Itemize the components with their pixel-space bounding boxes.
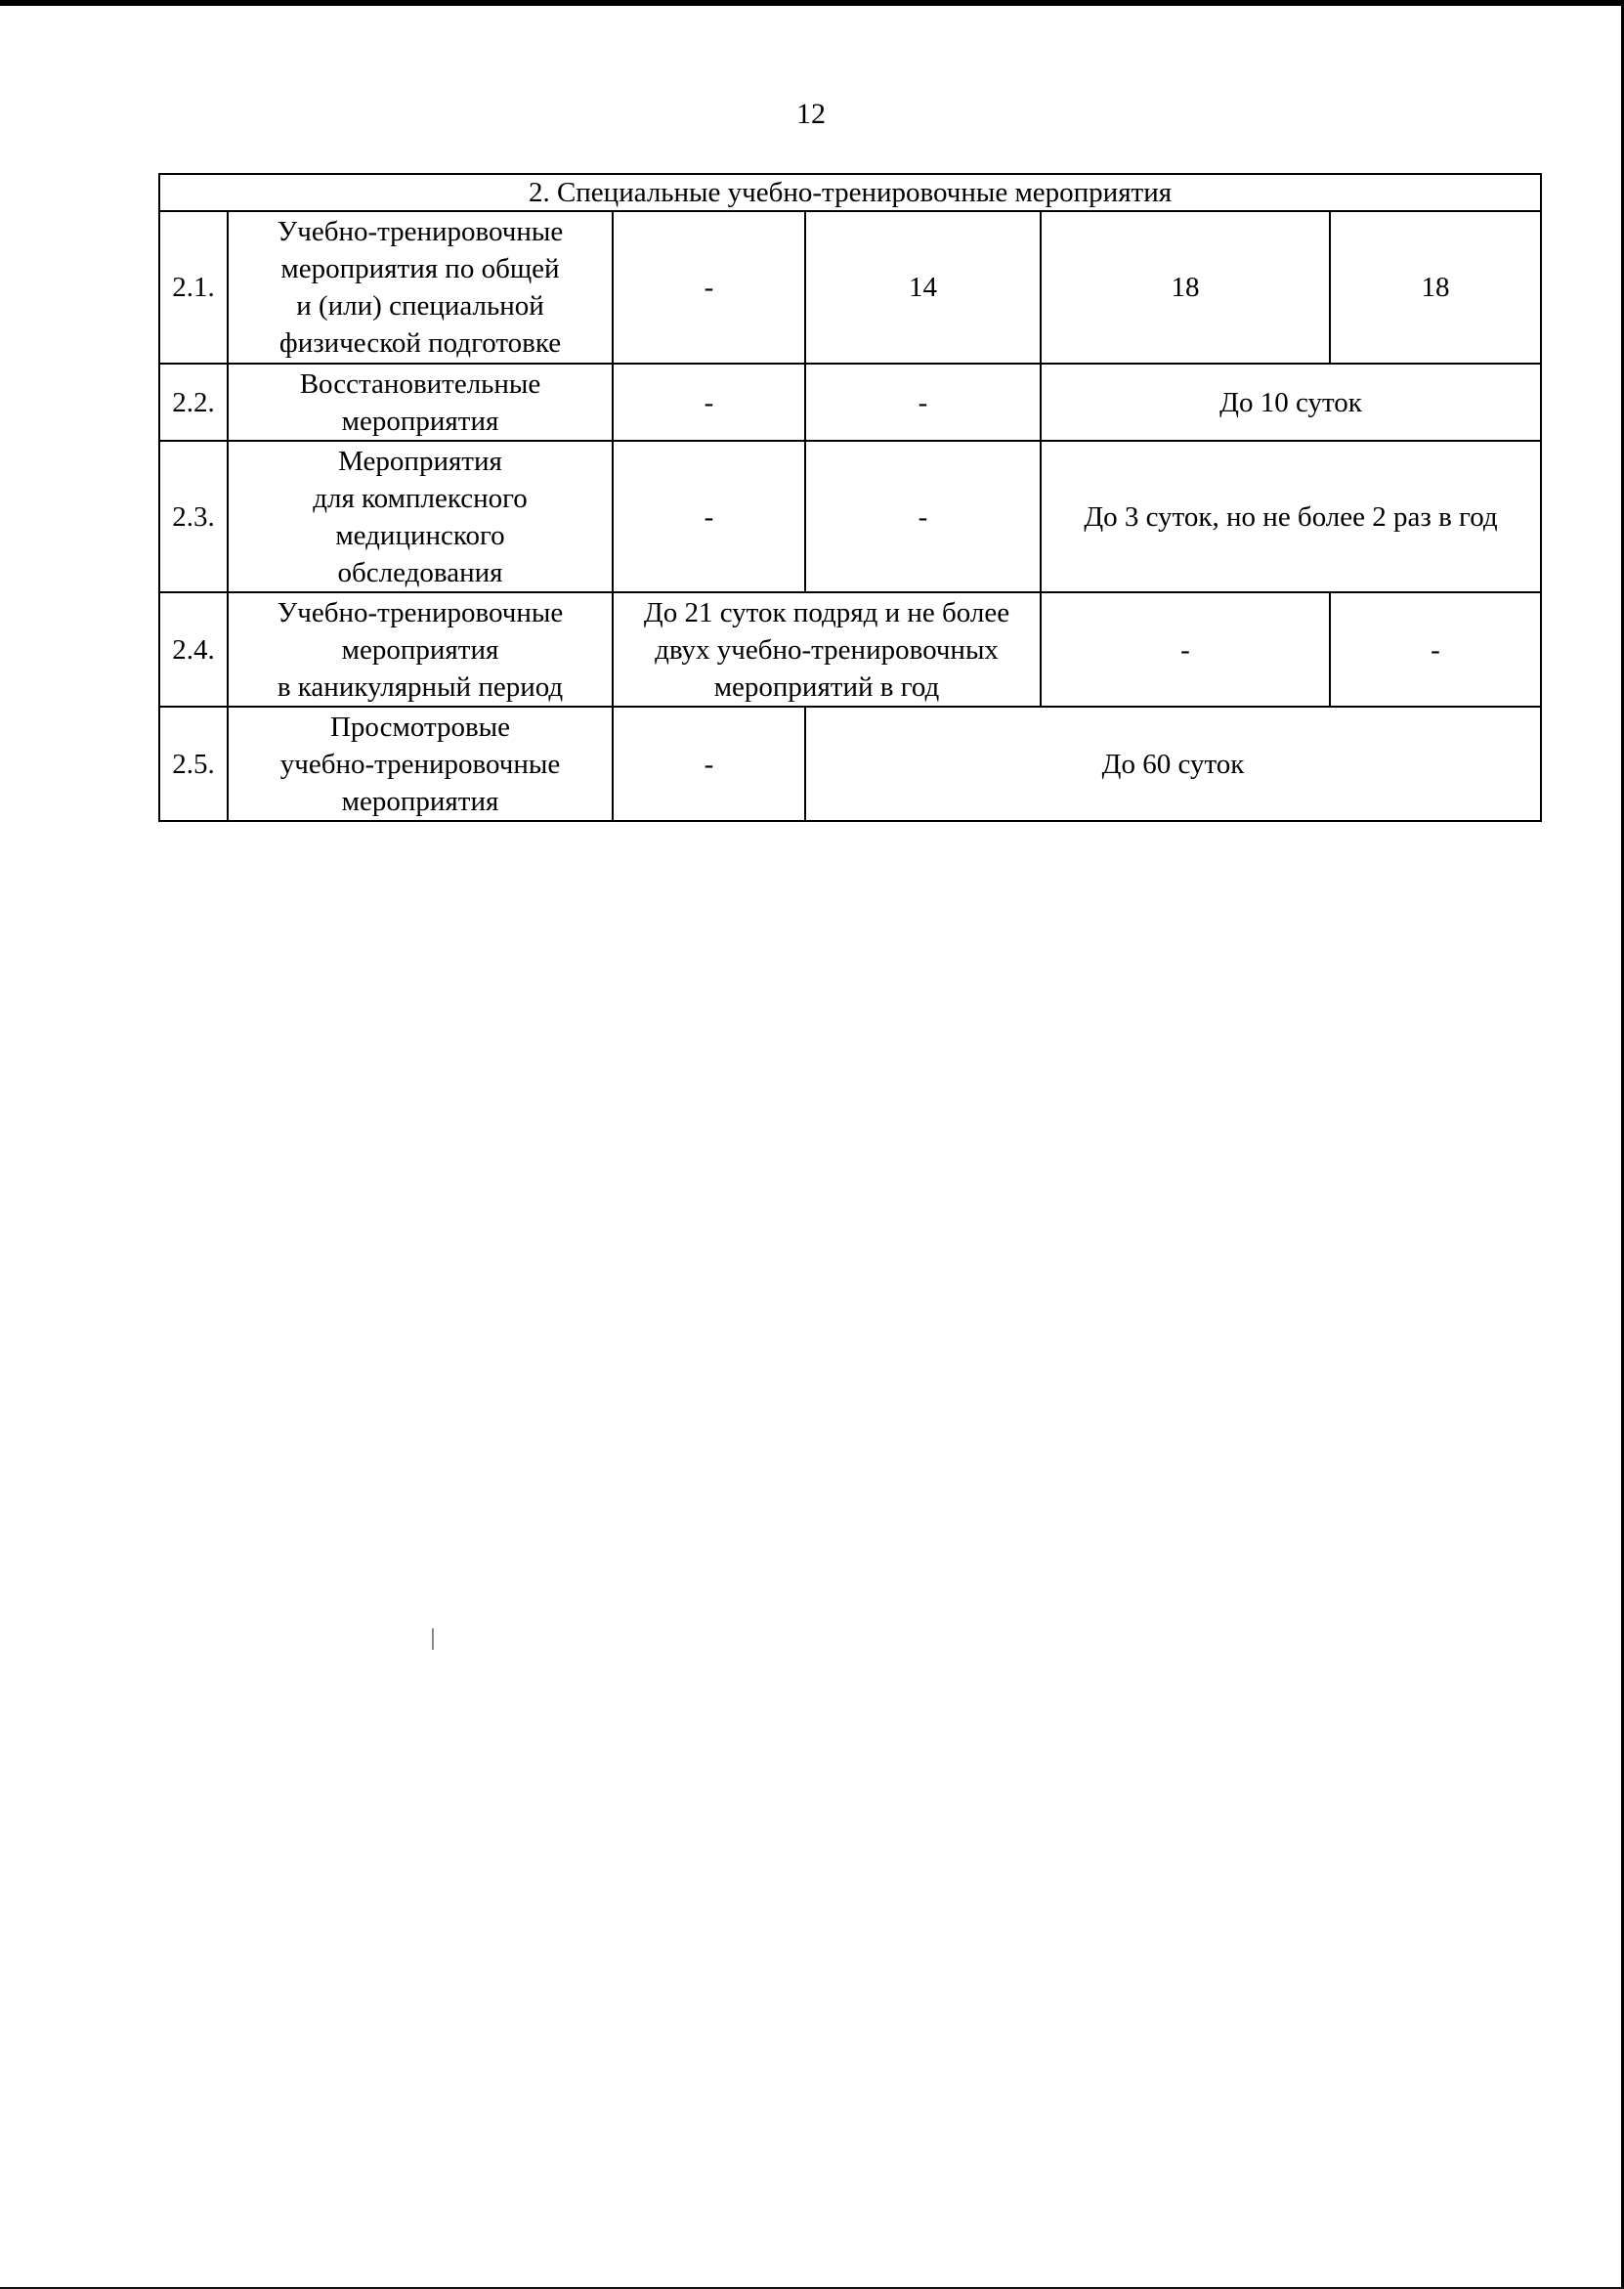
table-row: 2.5. Просмотровые учебно-тренировочные м…	[159, 707, 1541, 821]
value-cell-merged: До 21 суток подряд и не более двух учебн…	[613, 592, 1041, 707]
value-cell: -	[613, 364, 805, 441]
value-cell: 18	[1330, 211, 1541, 364]
row-number: 2.2.	[159, 364, 228, 441]
value-cell: 18	[1041, 211, 1330, 364]
row-number: 2.3.	[159, 441, 228, 592]
value-cell: -	[613, 707, 805, 821]
value-cell: -	[613, 441, 805, 592]
row-number: 2.1.	[159, 211, 228, 364]
page-number: 12	[772, 98, 850, 131]
section-title: 2. Специальные учебно-тренировочные меро…	[159, 174, 1541, 211]
table-row: 2.1. Учебно-тренировочные мероприятия по…	[159, 211, 1541, 364]
row-number: 2.5.	[159, 707, 228, 821]
row-number: 2.4.	[159, 592, 228, 707]
value-cell-merged: До 10 суток	[1041, 364, 1541, 441]
value-cell: -	[805, 364, 1041, 441]
value-cell: -	[1330, 592, 1541, 707]
value-cell: -	[1041, 592, 1330, 707]
value-cell-merged: До 3 суток, но не более 2 раз в год	[1041, 441, 1541, 592]
section-header-row: 2. Специальные учебно-тренировочные меро…	[159, 174, 1541, 211]
table-row: 2.4. Учебно-тренировочные мероприятия в …	[159, 592, 1541, 707]
scan-top-edge	[0, 0, 1624, 6]
event-name: Восстановительные мероприятия	[228, 364, 613, 441]
training-events-table: 2. Специальные учебно-тренировочные меро…	[158, 173, 1542, 822]
scan-artifact-line	[432, 1628, 434, 1650]
event-name: Учебно-тренировочные мероприятия по обще…	[228, 211, 613, 364]
event-name: Учебно-тренировочные мероприятия в каник…	[228, 592, 613, 707]
table-row: 2.2. Восстановительные мероприятия - - Д…	[159, 364, 1541, 441]
event-name: Мероприятия для комплексного медицинског…	[228, 441, 613, 592]
value-cell: 14	[805, 211, 1041, 364]
value-cell: -	[613, 211, 805, 364]
value-cell-merged: До 60 суток	[805, 707, 1541, 821]
table-row: 2.3. Мероприятия для комплексного медици…	[159, 441, 1541, 592]
value-cell: -	[805, 441, 1041, 592]
event-name: Просмотровые учебно-тренировочные меропр…	[228, 707, 613, 821]
